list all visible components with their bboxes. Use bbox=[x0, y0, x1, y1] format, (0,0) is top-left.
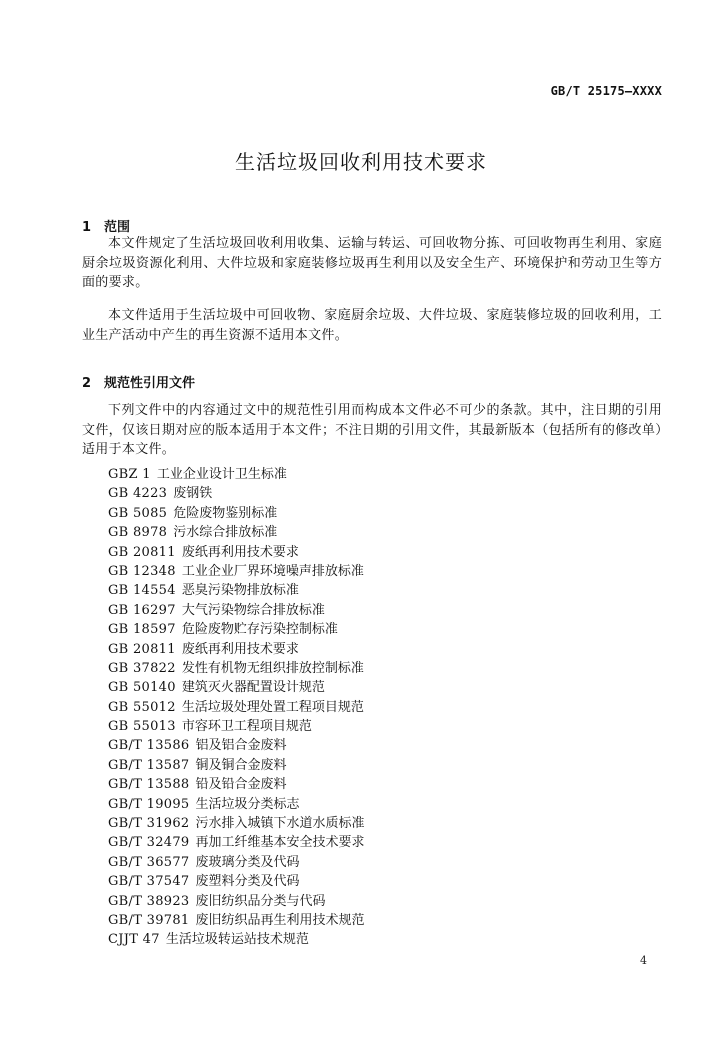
reference-item: GBZ 1工业企业设计卫生标准 bbox=[108, 465, 365, 484]
reference-code: GB/T 36577 bbox=[108, 855, 189, 870]
reference-item: GB/T 36577废玻璃分类及代码 bbox=[108, 853, 365, 872]
reference-item: GB/T 38923废旧纺织品分类与代码 bbox=[108, 892, 365, 911]
reference-code: GB/T 13586 bbox=[108, 738, 189, 753]
reference-code: GB 55013 bbox=[108, 719, 176, 734]
reference-name: 污水排入城镇下水道水质标准 bbox=[195, 816, 364, 831]
reference-code: GB 20811 bbox=[108, 545, 176, 560]
reference-name: 建筑灭火器配置设计规范 bbox=[182, 680, 325, 695]
reference-code: GB 37822 bbox=[108, 661, 176, 676]
reference-code: GB 4223 bbox=[108, 486, 167, 501]
reference-code: GB/T 32479 bbox=[108, 835, 189, 850]
reference-code: GB 16297 bbox=[108, 603, 176, 618]
reference-item: GB 4223废钢铁 bbox=[108, 484, 365, 503]
reference-name: 工业企业厂界环境噪声排放标准 bbox=[182, 564, 364, 579]
page-number: 4 bbox=[640, 954, 647, 967]
reference-name: 废纸再利用技术要求 bbox=[182, 545, 299, 560]
reference-code: CJJT 47 bbox=[108, 932, 160, 947]
reference-item: GB/T 13587铜及铜合金废料 bbox=[108, 756, 365, 775]
reference-item: GB/T 19095生活垃圾分类标志 bbox=[108, 795, 365, 814]
reference-name: 废钢铁 bbox=[173, 486, 212, 501]
reference-item: GB 55013市容环卫工程项目规范 bbox=[108, 717, 365, 736]
reference-code: GB/T 39781 bbox=[108, 913, 189, 928]
reference-name: 发性有机物无组织排放控制标准 bbox=[182, 661, 364, 676]
reference-name: 市容环卫工程项目规范 bbox=[182, 719, 312, 734]
reference-code: GB 14554 bbox=[108, 583, 176, 598]
scope-paragraph-1: 本文件规定了生活垃圾回收利用收集、运输与转运、可回收物分拣、可回收物再生利用、家… bbox=[82, 234, 662, 293]
reference-code: GB/T 13587 bbox=[108, 758, 189, 773]
reference-code: GB 12348 bbox=[108, 564, 176, 579]
reference-code: GB/T 19095 bbox=[108, 797, 189, 812]
reference-name: 污水综合排放标准 bbox=[173, 525, 277, 540]
reference-item: CJJT 47生活垃圾转运站技术规范 bbox=[108, 930, 365, 949]
reference-item: GB/T 13588铅及铅合金废料 bbox=[108, 775, 365, 794]
reference-name: 生活垃圾处理处置工程项目规范 bbox=[182, 700, 364, 715]
section-heading-normative-references: 2规范性引用文件 bbox=[82, 372, 195, 391]
reference-name: 铅及铅合金废料 bbox=[195, 777, 286, 792]
reference-item: GB/T 39781废旧纺织品再生利用技术规范 bbox=[108, 911, 365, 930]
reference-item: GB 20811废纸再利用技术要求 bbox=[108, 640, 365, 659]
reference-code: GB 18597 bbox=[108, 622, 176, 637]
reference-name: 废纸再利用技术要求 bbox=[182, 642, 299, 657]
section-heading-scope: 1范围 bbox=[82, 216, 130, 235]
section-number: 1 bbox=[82, 220, 104, 235]
reference-name: 危险废物鉴别标准 bbox=[173, 506, 277, 521]
reference-item: GB 5085危险废物鉴别标准 bbox=[108, 504, 365, 523]
reference-code: GB 20811 bbox=[108, 642, 176, 657]
reference-item: GB/T 31962污水排入城镇下水道水质标准 bbox=[108, 814, 365, 833]
reference-code: GBZ 1 bbox=[108, 467, 151, 482]
reference-item: GB 12348工业企业厂界环境噪声排放标准 bbox=[108, 562, 365, 581]
section-number: 2 bbox=[82, 376, 104, 391]
section-title: 规范性引用文件 bbox=[104, 376, 195, 391]
reference-name: 废塑料分类及代码 bbox=[195, 874, 299, 889]
reference-name: 危险废物贮存污染控制标准 bbox=[182, 622, 338, 637]
reference-item: GB 20811废纸再利用技术要求 bbox=[108, 543, 365, 562]
reference-name: 废旧纺织品再生利用技术规范 bbox=[195, 913, 364, 928]
reference-name: 废旧纺织品分类与代码 bbox=[195, 894, 325, 909]
reference-item: GB/T 13586铝及铝合金废料 bbox=[108, 736, 365, 755]
reference-name: 生活垃圾分类标志 bbox=[195, 797, 299, 812]
reference-name: 铜及铜合金废料 bbox=[195, 758, 286, 773]
reference-name: 恶臭污染物排放标准 bbox=[182, 583, 299, 598]
reference-item: GB 8978污水综合排放标准 bbox=[108, 523, 365, 542]
reference-name: 大气污染物综合排放标准 bbox=[182, 603, 325, 618]
reference-list: GBZ 1工业企业设计卫生标准 GB 4223废钢铁 GB 5085危险废物鉴别… bbox=[108, 465, 365, 950]
reference-code: GB/T 31962 bbox=[108, 816, 189, 831]
reference-name: 生活垃圾转运站技术规范 bbox=[166, 932, 309, 947]
document-title: 生活垃圾回收利用技术要求 bbox=[0, 146, 722, 175]
reference-code: GB/T 13588 bbox=[108, 777, 189, 792]
reference-item: GB/T 37547废塑料分类及代码 bbox=[108, 872, 365, 891]
reference-code: GB 55012 bbox=[108, 700, 176, 715]
section-title: 范围 bbox=[104, 220, 130, 235]
reference-code: GB 5085 bbox=[108, 506, 167, 521]
reference-item: GB 37822发性有机物无组织排放控制标准 bbox=[108, 659, 365, 678]
reference-code: GB 8978 bbox=[108, 525, 167, 540]
reference-item: GB 14554恶臭污染物排放标准 bbox=[108, 581, 365, 600]
reference-name: 再加工纤维基本安全技术要求 bbox=[195, 835, 364, 850]
reference-item: GB 18597危险废物贮存污染控制标准 bbox=[108, 620, 365, 639]
reference-code: GB/T 37547 bbox=[108, 874, 189, 889]
reference-name: 铝及铝合金废料 bbox=[195, 738, 286, 753]
reference-code: GB 50140 bbox=[108, 680, 176, 695]
reference-name: 工业企业设计卫生标准 bbox=[157, 467, 287, 482]
reference-item: GB 16297大气污染物综合排放标准 bbox=[108, 601, 365, 620]
reference-item: GB 55012生活垃圾处理处置工程项目规范 bbox=[108, 698, 365, 717]
reference-item: GB 50140建筑灭火器配置设计规范 bbox=[108, 678, 365, 697]
reference-name: 废玻璃分类及代码 bbox=[195, 855, 299, 870]
reference-item: GB/T 32479再加工纤维基本安全技术要求 bbox=[108, 833, 365, 852]
reference-code: GB/T 38923 bbox=[108, 894, 189, 909]
references-intro-paragraph: 下列文件中的内容通过文中的规范性引用而构成本文件必不可少的条款。其中，注日期的引… bbox=[82, 401, 662, 460]
scope-paragraph-2: 本文件适用于生活垃圾中可回收物、家庭厨余垃圾、大件垃圾、家庭装修垃圾的回收利用，… bbox=[82, 306, 662, 345]
document-code: GB/T 25175—XXXX bbox=[551, 84, 662, 98]
